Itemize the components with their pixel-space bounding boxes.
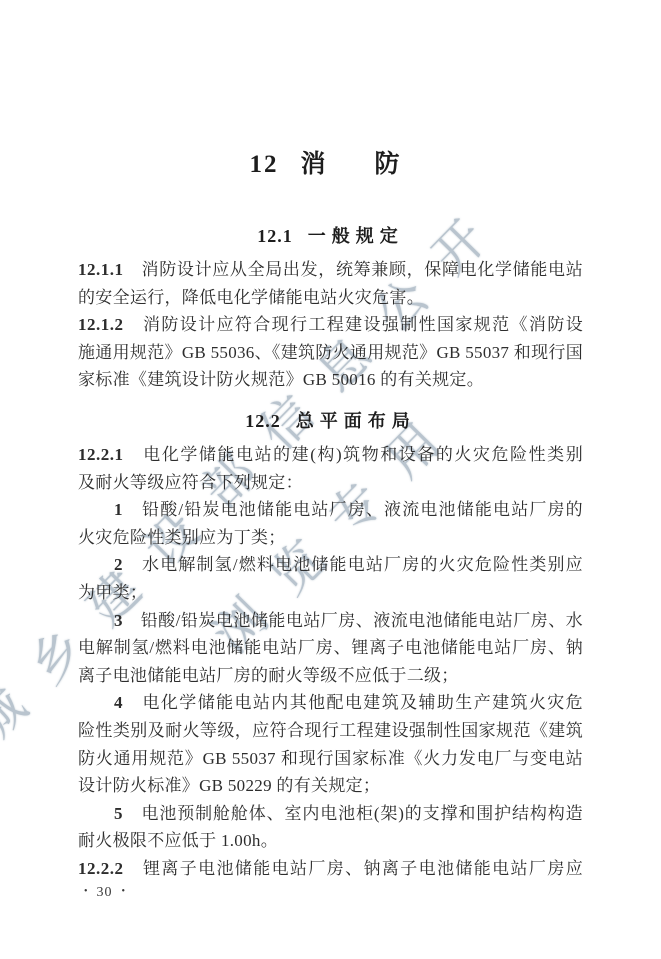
text-line: 火灾危险性类别应为丁类； bbox=[78, 524, 583, 552]
section-number: 12.1 bbox=[257, 226, 293, 246]
section-title: 总平面布局 bbox=[296, 411, 416, 431]
text-line: 家标准《建筑设计防火规范》GB 50016 的有关规定。 bbox=[78, 366, 583, 394]
item-number: 4 bbox=[114, 693, 123, 712]
list-item-line: 4 电化学储能电站内其他配电建筑及辅助生产建筑火灾危 bbox=[78, 689, 583, 717]
clause-number: 12.2.1 bbox=[78, 445, 124, 464]
section-number: 12.2 bbox=[245, 411, 281, 431]
section-heading: 12.2总平面布局 bbox=[78, 410, 583, 433]
chapter-name: 消 防 bbox=[300, 151, 411, 178]
text-line: 耐火极限不应低于 1.00h。 bbox=[78, 827, 583, 855]
page-number: 30 bbox=[97, 885, 113, 900]
text-line: 及耐火等级应符合下列规定： bbox=[78, 469, 583, 497]
clause-number: 12.2.2 bbox=[78, 859, 124, 878]
clause-line: 12.1.1 消防设计应从全局出发，统筹兼顾，保障电化学储能电站 bbox=[78, 256, 583, 284]
text-line: 险性类别及耐火等级，应符合现行工程建设强制性国家规范《建筑 bbox=[78, 717, 583, 745]
clause-line: 12.2.1 电化学储能电站的建(构)筑物和设备的火灾危险性类别 bbox=[78, 441, 583, 469]
chapter-title: 12消 防 bbox=[0, 148, 661, 182]
item-number: 2 bbox=[114, 555, 123, 574]
clause-number: 12.1.1 bbox=[78, 260, 124, 279]
document-content: 12.1一般规定12.1.1 消防设计应从全局出发，统筹兼顾，保障电化学储能电站… bbox=[78, 225, 583, 882]
text-line: 离子电池储能电站厂房的耐火等级不应低于二级； bbox=[78, 662, 583, 690]
chapter-number: 12 bbox=[249, 151, 278, 178]
clause-number: 12.1.2 bbox=[78, 315, 124, 334]
section-title: 一般规定 bbox=[308, 226, 404, 246]
clause-line: 12.1.2 消防设计应符合现行工程建设强制性国家规范《消防设 bbox=[78, 311, 583, 339]
list-item-line: 5 电池预制舱舱体、室内电池柜(架)的支撑和围护结构构造 bbox=[78, 800, 583, 828]
item-number: 1 bbox=[114, 500, 123, 519]
text-line: 为甲类； bbox=[78, 579, 583, 607]
list-item-line: 3 铅酸/铅炭电池储能电站厂房、液流电池储能电站厂房、水 bbox=[78, 607, 583, 635]
item-number: 3 bbox=[114, 611, 123, 630]
page-footer: •30• bbox=[84, 883, 125, 902]
text-line: 防火通用规范》GB 55037 和现行国家标准《火力发电厂与变电站 bbox=[78, 745, 583, 773]
document-page: 住房城乡建设部信息公开 浏览专用 12消 防 12.1一般规定12.1.1 消防… bbox=[0, 0, 661, 959]
item-number: 5 bbox=[114, 804, 123, 823]
clause-line: 12.2.2 锂离子电池储能电站厂房、钠离子电池储能电站厂房应 bbox=[78, 855, 583, 883]
text-line: 电解制氢/燃料电池储能电站厂房、锂离子电池储能电站厂房、钠 bbox=[78, 634, 583, 662]
footer-dot-right: • bbox=[122, 886, 126, 897]
footer-dot-left: • bbox=[84, 886, 88, 897]
list-item-line: 1 铅酸/铅炭电池储能电站厂房、液流电池储能电站厂房的 bbox=[78, 496, 583, 524]
text-line: 的安全运行，降低电化学储能电站火灾危害。 bbox=[78, 284, 583, 312]
list-item-line: 2 水电解制氢/燃料电池储能电站厂房的火灾危险性类别应 bbox=[78, 551, 583, 579]
text-line: 设计防火标准》GB 50229 的有关规定； bbox=[78, 772, 583, 800]
section-heading: 12.1一般规定 bbox=[78, 225, 583, 248]
text-line: 施通用规范》GB 55036、《建筑防火通用规范》GB 55037 和现行国 bbox=[78, 339, 583, 367]
